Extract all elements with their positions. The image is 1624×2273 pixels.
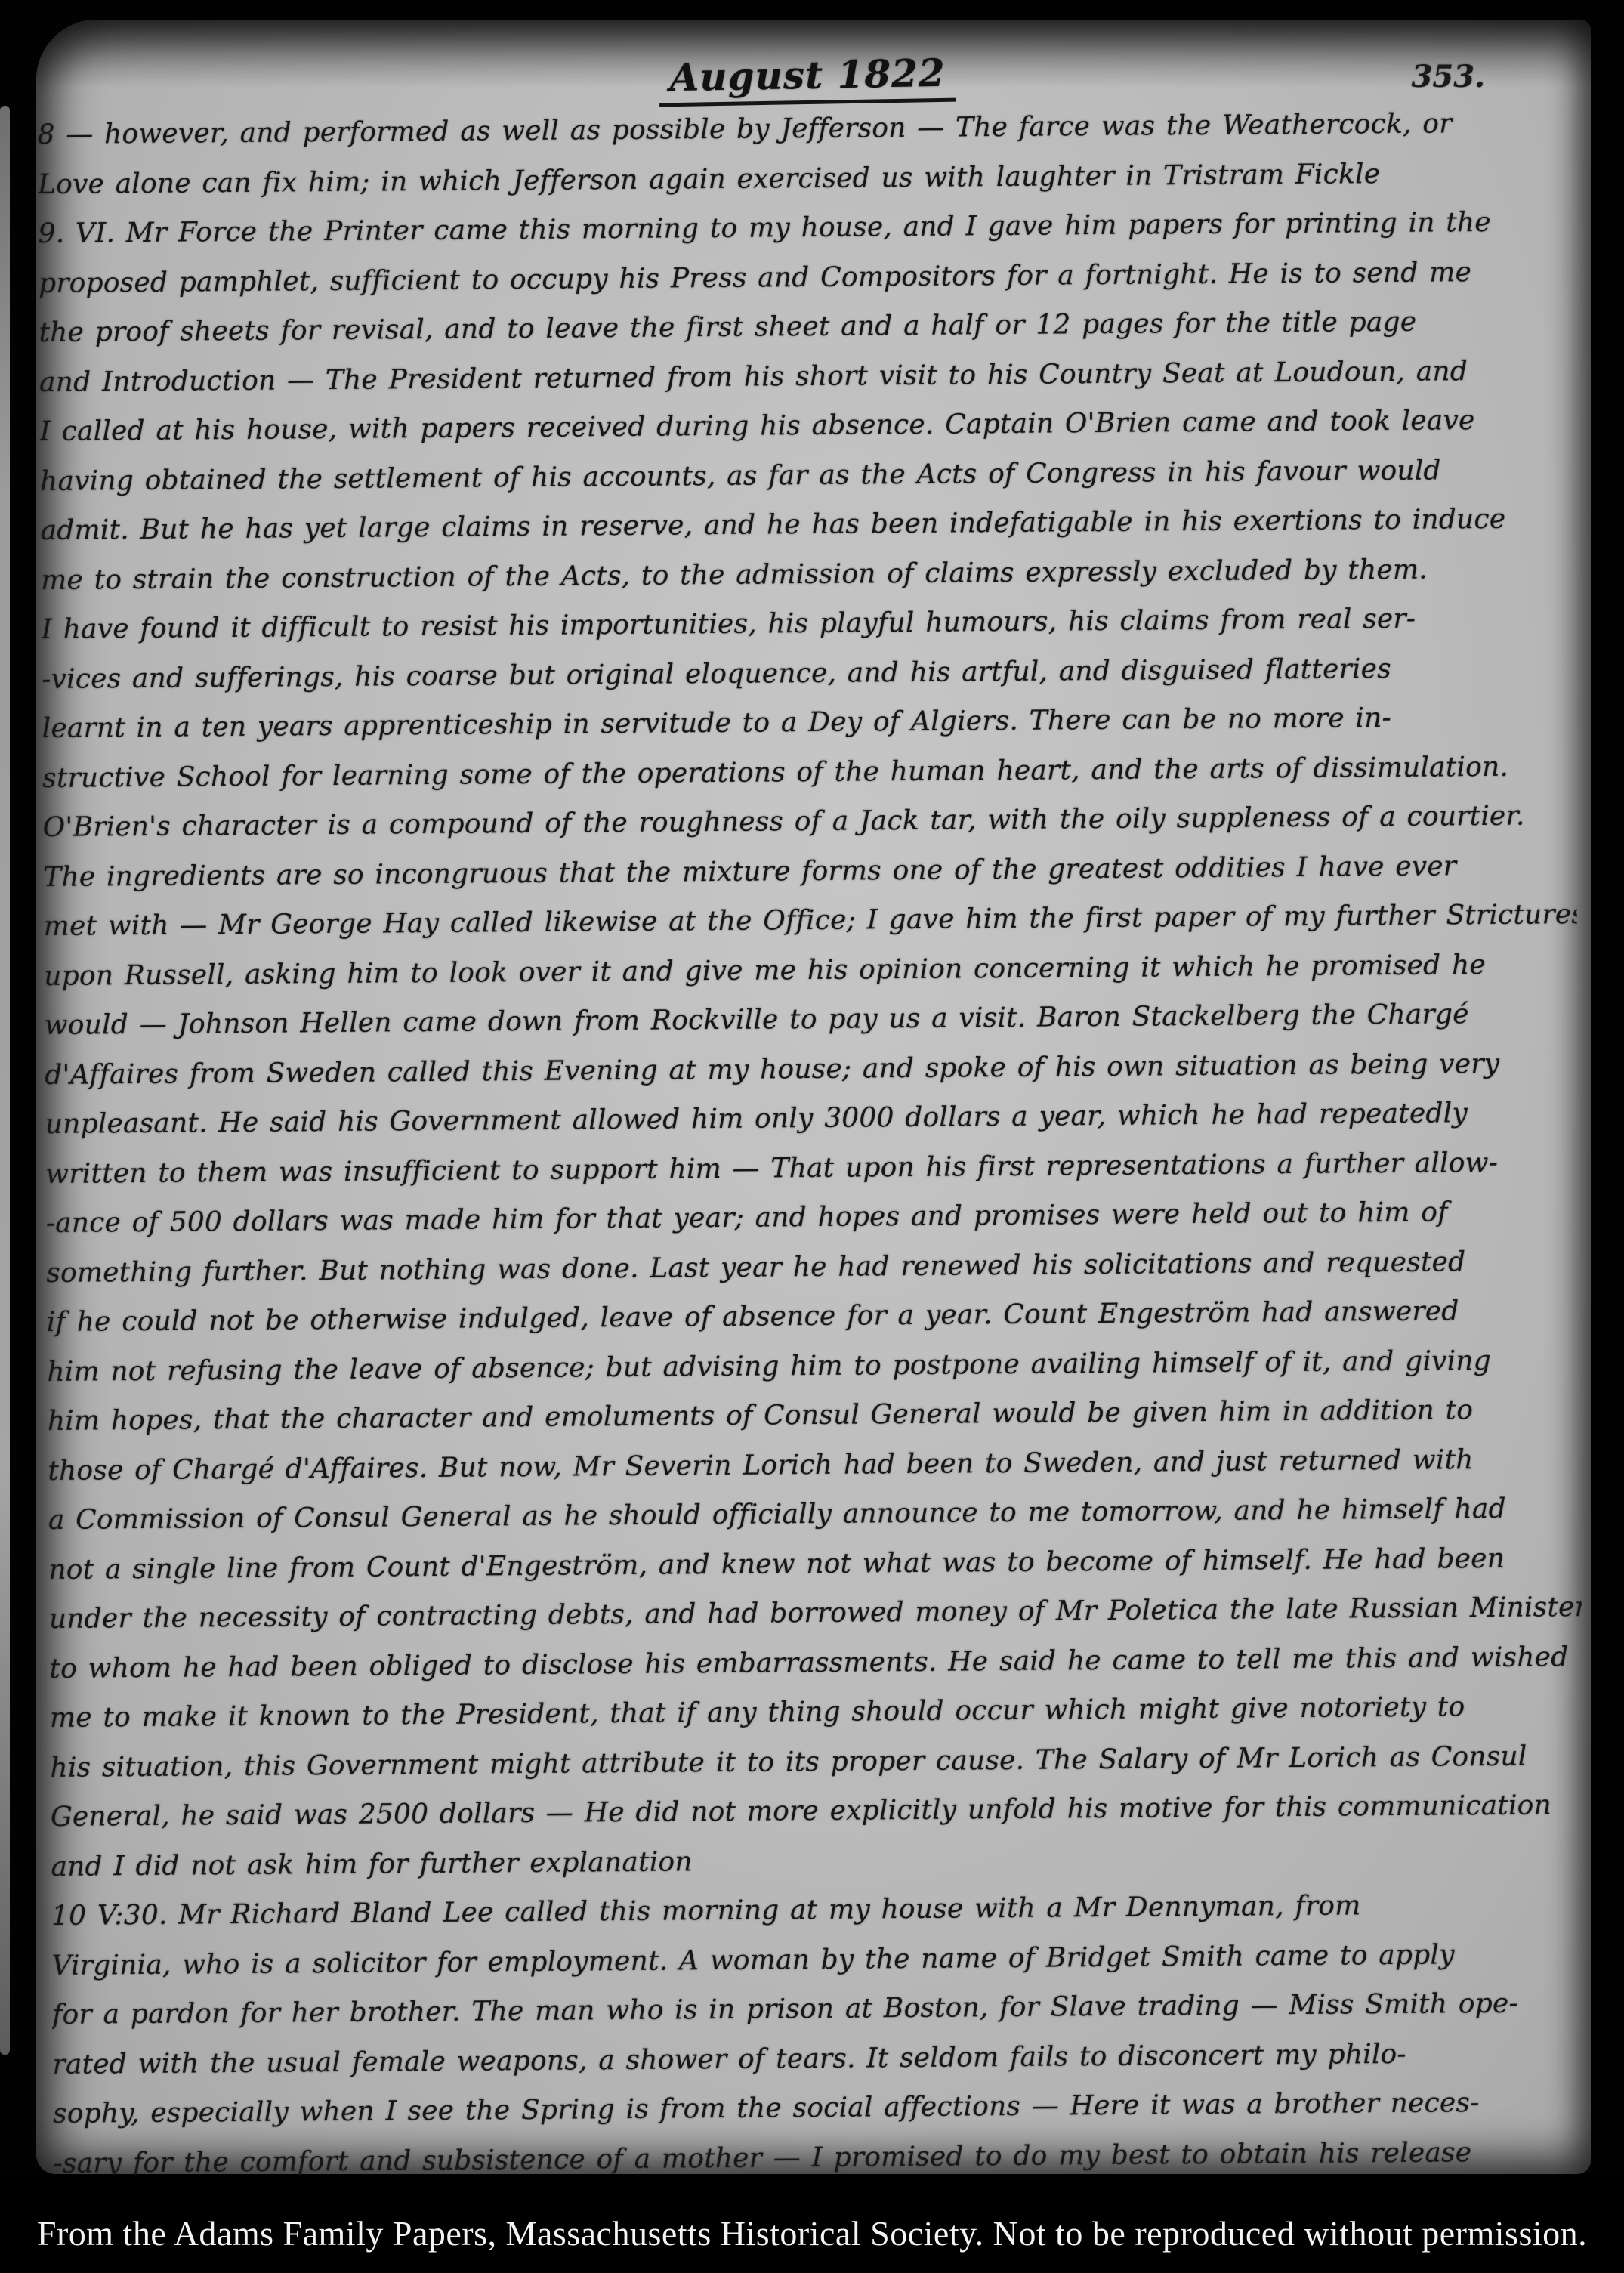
- page-title: August 1822: [659, 51, 956, 107]
- credit-text: From the Adams Family Papers, Massachuse…: [0, 2213, 1624, 2253]
- credit-bar: From the Adams Family Papers, Massachuse…: [0, 2175, 1624, 2273]
- manuscript-text: 8 — however, and performed as well as po…: [37, 98, 1587, 2188]
- scanner-edge-strip: [0, 106, 10, 2055]
- page-number: 353.: [1412, 59, 1485, 94]
- manuscript-paper: August 1822 353. 8 — however, and perfor…: [36, 20, 1591, 2174]
- scanned-page: August 1822 353. 8 — however, and perfor…: [0, 0, 1624, 2273]
